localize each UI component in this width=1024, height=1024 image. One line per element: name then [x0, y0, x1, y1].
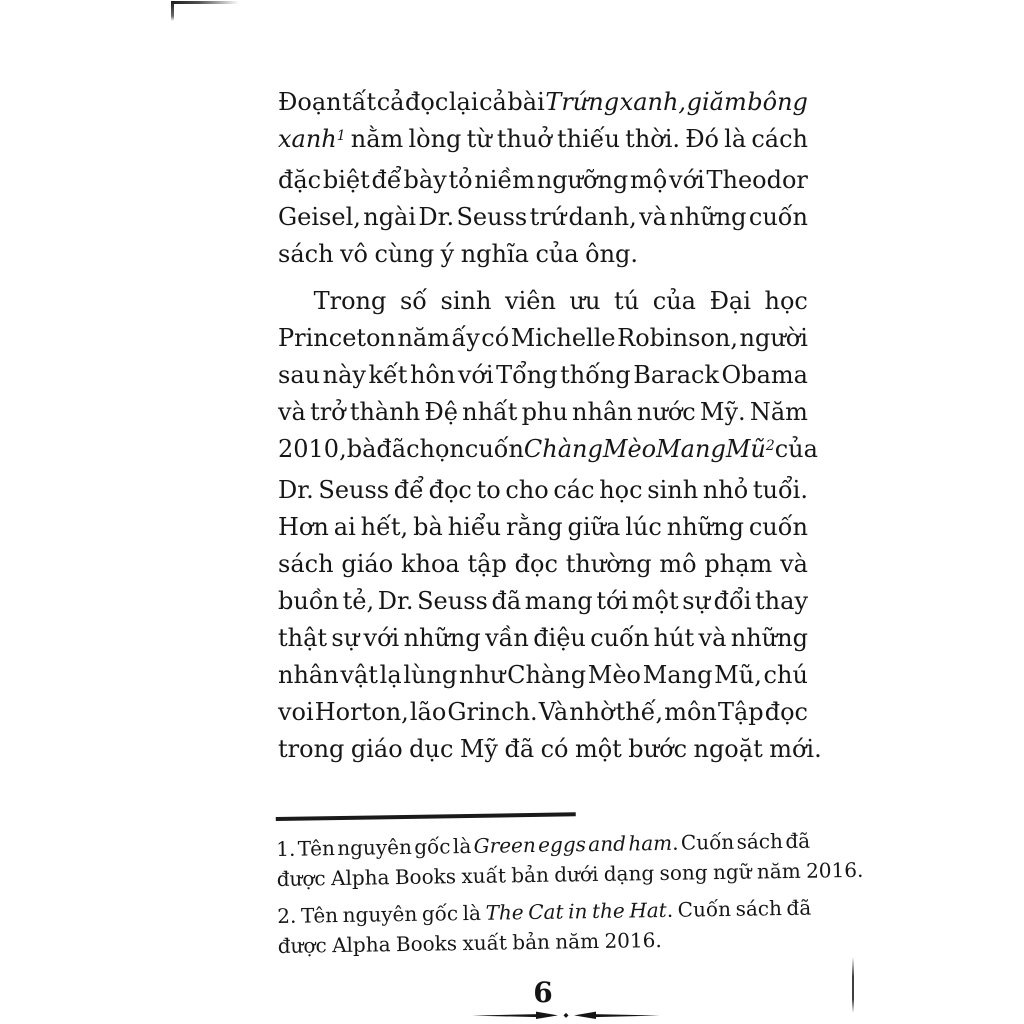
text-line: nhânvậtlạlùngnhưChàngMèoMangMũ,chú — [278, 657, 808, 694]
word: Dr. — [378, 583, 414, 620]
word: những — [731, 620, 808, 657]
word: nhờ — [569, 694, 614, 731]
word: hút — [654, 620, 695, 657]
word: số — [400, 283, 427, 320]
word: ý — [441, 236, 455, 273]
word: đã — [491, 583, 521, 620]
word: đã — [786, 893, 811, 923]
word: thành — [350, 394, 420, 431]
word: bà — [347, 431, 377, 468]
word: Cat — [528, 897, 564, 928]
word: nước — [637, 394, 696, 431]
word: nằm — [351, 121, 404, 158]
word: Mèo — [588, 657, 641, 694]
word: Obama — [722, 357, 808, 394]
text-line: Hơnaihết,bàhiểurằnggiữalúcnhữngcuốn — [278, 509, 808, 546]
word: kết — [368, 357, 407, 394]
word: cách — [751, 121, 808, 158]
word: buồn — [278, 583, 339, 620]
word: năm — [757, 856, 801, 887]
word: eggs — [538, 829, 586, 860]
word: Seuss — [456, 199, 527, 236]
word: gốc — [422, 898, 459, 929]
word: Books — [396, 928, 458, 959]
word: sinh — [441, 283, 492, 320]
word: in — [568, 896, 588, 926]
word: Mang — [656, 431, 726, 468]
footnote-list: 1.TênnguyêngốclàGreeneggsandham.Cuốnsách… — [276, 826, 812, 961]
word: mộ — [630, 162, 667, 199]
word: học — [599, 472, 642, 509]
word: hôn — [410, 357, 455, 394]
word: thật — [278, 620, 327, 657]
text-line: đặcbiệtđểbàytỏniềmngưỡngmộvớiTheodor — [278, 162, 808, 199]
word: có — [481, 320, 509, 357]
divider-ornament — [472, 1006, 660, 1018]
word: như — [459, 657, 505, 694]
word: ngưỡng — [537, 162, 629, 199]
word: ấy — [452, 320, 480, 357]
word: từ — [467, 121, 492, 158]
word: Books — [395, 861, 457, 892]
word: để — [394, 472, 424, 509]
word: thời. — [625, 121, 680, 158]
word: viên — [505, 283, 556, 320]
word: The — [485, 897, 524, 928]
word: giữa — [568, 509, 621, 546]
text-line: TrongsốsinhviênưutúcủaĐạihọc — [278, 283, 808, 320]
word: lạ — [380, 657, 402, 694]
text-line: vàtrởthànhĐệnhấtphunhânnướcMỹ.Năm — [278, 394, 808, 431]
word: xanh1 — [278, 121, 346, 162]
word: vô — [340, 236, 368, 273]
word: Barack — [633, 357, 719, 394]
word: Dr. — [278, 472, 314, 509]
word: to — [477, 472, 501, 509]
word: Michelle — [511, 320, 616, 357]
word: Geisel, — [278, 199, 361, 236]
word: Hat. — [629, 895, 673, 926]
word: cả — [377, 84, 405, 121]
paragraph: TrongsốsinhviênưutúcủaĐạihọcPrincetonnăm… — [278, 283, 808, 768]
word: dạng — [604, 858, 655, 889]
word: gốc — [414, 831, 451, 862]
text-line: Geisel,ngàiDr.Seusstrứdanh,vànhữngcuốn — [278, 199, 808, 236]
word: Chàng — [507, 657, 586, 694]
word: lùng — [403, 657, 457, 694]
word: bản — [512, 927, 550, 958]
word: sự — [682, 583, 710, 620]
word: the — [592, 896, 625, 927]
text-line: 2010,bàđãchọncuốnChàngMèoMangMũ2của — [278, 431, 808, 472]
word: đổi — [714, 583, 752, 620]
word: các — [553, 472, 594, 509]
word: sinh — [647, 472, 698, 509]
word: cuốn — [465, 431, 524, 468]
word: bông — [747, 84, 808, 121]
word: bà — [413, 509, 443, 546]
word: này — [323, 357, 366, 394]
word: Alpha — [331, 862, 390, 893]
text-line: xanh1nằmlòngtừthuởthiếuthời.Đólàcách — [278, 121, 808, 162]
word: đọc — [405, 84, 448, 121]
word: 1. — [276, 834, 296, 864]
word: thay — [755, 583, 808, 620]
word: của — [775, 431, 818, 468]
word: Princeton — [278, 320, 396, 357]
word: thường — [566, 546, 652, 583]
word: đọc — [765, 694, 808, 731]
word: đọc — [515, 546, 558, 583]
word: sách — [735, 893, 782, 924]
word: giăm — [687, 84, 747, 121]
word: có — [541, 731, 569, 768]
word: Grinch. — [447, 694, 537, 731]
word: Đó — [685, 121, 719, 158]
word: trở — [310, 394, 346, 431]
word: nhân — [278, 657, 339, 694]
word: cả — [479, 84, 507, 121]
word: thiếu — [557, 121, 620, 158]
word: vần — [485, 620, 529, 657]
word: nguyên — [342, 899, 417, 930]
word: được — [278, 930, 327, 961]
word: xuất — [462, 927, 507, 958]
word: dục — [409, 731, 453, 768]
page-number: 6 — [520, 976, 566, 1009]
word: ngoặt — [693, 731, 762, 768]
text-line: tronggiáodụcMỹđãcómộtbướcngoặtmới. — [278, 731, 808, 768]
scan-corner-mark-horizontal — [171, 1, 239, 4]
word: Chàng — [524, 431, 603, 468]
word: hết, — [361, 509, 409, 546]
word: Tổng — [496, 357, 558, 394]
word: and — [588, 829, 626, 860]
text-line: sáchgiáokhoatậpđọcthườngmôphạmvà — [278, 546, 808, 583]
book-page: ĐoạntấtcảđọclạicảbàiTrứngxanh,giămbôngxa… — [0, 0, 1024, 1024]
word: Hơn — [278, 509, 329, 546]
word: Mũ2 — [726, 431, 775, 472]
word: năm — [397, 320, 450, 357]
word: sách — [278, 546, 334, 583]
word: lại — [449, 84, 479, 121]
text-line: saunàykếthônvớiTổngthốngBarackObama — [278, 357, 808, 394]
word: với — [458, 357, 494, 394]
word: đọc — [429, 472, 472, 509]
word: thế, — [616, 694, 664, 731]
word: cuốn — [590, 620, 649, 657]
word: nhất — [462, 394, 517, 431]
word: Cuốn — [677, 894, 731, 925]
word: Trứng — [545, 84, 619, 121]
word: biệt — [323, 162, 370, 199]
scan-artifact-line — [852, 957, 854, 1013]
word: tỏ — [448, 162, 472, 199]
word: 2010, — [278, 431, 347, 468]
word: sau — [278, 357, 320, 394]
word: tẻ, — [343, 583, 374, 620]
word: Trong — [314, 283, 387, 320]
word: bày — [403, 162, 446, 199]
word: năm — [555, 926, 599, 957]
footnotes-section: 1.TênnguyêngốclàGreeneggsandham.Cuốnsách… — [276, 809, 812, 961]
word: tuổi. — [753, 472, 808, 509]
word: Cuốn — [681, 827, 735, 858]
word: nghĩa — [461, 236, 529, 273]
word: trứ — [530, 199, 567, 236]
word: Dr. — [418, 199, 454, 236]
footnote-separator-rule — [276, 812, 576, 821]
word: những — [667, 509, 744, 546]
word: tập — [468, 546, 507, 583]
word: và — [639, 199, 667, 236]
word: với — [364, 620, 400, 657]
word: dưới — [554, 859, 599, 890]
text-line: PrincetonnămấycóMichelleRobinson,người — [278, 320, 808, 357]
word: khoa — [401, 546, 460, 583]
word: chú — [764, 657, 808, 694]
word: thuở — [497, 121, 552, 158]
word: học — [765, 283, 808, 320]
word: Tên — [301, 900, 339, 931]
word: danh, — [569, 199, 637, 236]
word: 2016. — [806, 855, 864, 886]
word: Tập — [718, 694, 764, 731]
word: sách — [278, 236, 334, 273]
word: lão — [410, 694, 446, 731]
word: Mang — [643, 657, 713, 694]
word: rằng — [506, 509, 563, 546]
word: cuốn — [749, 509, 808, 546]
word: giáo — [351, 731, 403, 768]
text-line: ĐoạntấtcảđọclạicảbàiTrứngxanh,giămbông — [278, 84, 808, 121]
divider-ornament-graphic — [472, 1009, 660, 1021]
word: và — [699, 620, 727, 657]
word: mới. — [769, 731, 822, 768]
word: hiểu — [448, 509, 501, 546]
word: cho — [505, 472, 548, 509]
word: bước — [628, 731, 687, 768]
word: sự — [331, 620, 359, 657]
word: ai — [334, 509, 356, 546]
word: môn — [664, 694, 717, 731]
word: voi — [278, 694, 314, 731]
word: Mỹ. — [700, 394, 746, 431]
word: Đệ — [424, 394, 458, 431]
text-line: Dr.Seussđểđọctochocáchọcsinhnhỏtuổi. — [278, 472, 808, 509]
word: phạm — [704, 546, 772, 583]
word: Mèo — [603, 431, 656, 468]
word: lòng — [408, 121, 461, 158]
word: đặc — [278, 162, 321, 199]
word: Mỹ — [460, 731, 498, 768]
word: song — [659, 857, 707, 888]
word: mang — [525, 583, 593, 620]
word: Đại — [710, 283, 751, 320]
word: là — [453, 831, 472, 861]
word: của — [653, 283, 696, 320]
footnote: 1.TênnguyêngốclàGreeneggsandham.Cuốnsách… — [276, 826, 811, 894]
word: của — [535, 236, 578, 273]
word: vật — [340, 657, 378, 694]
word: ngài — [363, 199, 416, 236]
word: cùng — [374, 236, 434, 273]
word: phu — [522, 394, 568, 431]
text-line: thậtsựvớinhữngvầnđiệucuốnhútvànhững — [278, 620, 808, 657]
word: cuốn — [749, 199, 808, 236]
word: là — [724, 121, 746, 158]
word: giáo — [341, 546, 393, 583]
word: Và — [539, 694, 568, 731]
word: xuất — [461, 860, 506, 891]
word: mô — [659, 546, 696, 583]
text-line: voiHorton,lãoGrinch.Vànhờthế,mônTậpđọc — [278, 694, 808, 731]
word: Theodor — [706, 162, 807, 199]
word: Tên — [298, 833, 336, 864]
word: và — [278, 394, 306, 431]
word: lúc — [625, 509, 662, 546]
word: nhỏ — [703, 472, 748, 509]
word: điệu — [533, 620, 586, 657]
word: được — [276, 863, 325, 894]
word: Green — [473, 830, 536, 861]
word: tú — [614, 283, 639, 320]
word: ông. — [585, 236, 638, 273]
word: Năm — [750, 394, 808, 431]
word: nguyên — [337, 832, 412, 863]
word: Alpha — [332, 929, 391, 960]
word: sách — [736, 826, 783, 857]
word: 2016. — [604, 925, 662, 956]
footnote: 2.TênnguyêngốclàTheCatintheHat.Cuốnsáchđ… — [277, 893, 812, 961]
word: xanh, — [620, 84, 686, 121]
word: những — [404, 620, 481, 657]
word: đã — [785, 826, 810, 856]
word: tất — [342, 84, 376, 121]
word: Seuss — [318, 472, 389, 509]
word: là — [462, 898, 481, 928]
word: đã — [376, 431, 406, 468]
word: Horton, — [315, 694, 409, 731]
word: Mũ, — [714, 657, 762, 694]
word: một — [632, 583, 679, 620]
word: ham. — [628, 828, 679, 859]
word: Đoạn — [278, 84, 342, 121]
paragraph: ĐoạntấtcảđọclạicảbàiTrứngxanh,giămbôngxa… — [278, 84, 808, 273]
word: những — [669, 199, 746, 236]
word: tới — [596, 583, 628, 620]
word: người — [740, 320, 808, 357]
word: chọn — [406, 431, 465, 468]
word: và — [780, 546, 808, 583]
word: niềm — [474, 162, 535, 199]
word: đã — [504, 731, 534, 768]
word: bản — [511, 860, 549, 891]
scan-corner-mark-vertical — [171, 1, 174, 21]
word: 2. — [277, 901, 297, 931]
word: ưu — [570, 283, 601, 320]
word: một — [575, 731, 622, 768]
word: trong — [278, 731, 344, 768]
text-line: sáchvôcùngýnghĩacủaông. — [278, 236, 808, 273]
text-line: buồntẻ,Dr.Seussđãmangtớimộtsựđổithay — [278, 583, 808, 620]
word: Seuss — [417, 583, 488, 620]
word: thống — [560, 357, 631, 394]
word: Robinson, — [617, 320, 738, 357]
word: ngữ — [713, 857, 752, 888]
word: để — [372, 162, 402, 199]
body-text: ĐoạntấtcảđọclạicảbàiTrứngxanh,giămbôngxa… — [278, 84, 808, 768]
word: nhân — [572, 394, 633, 431]
word: bài — [507, 84, 544, 121]
word: với — [669, 162, 705, 199]
